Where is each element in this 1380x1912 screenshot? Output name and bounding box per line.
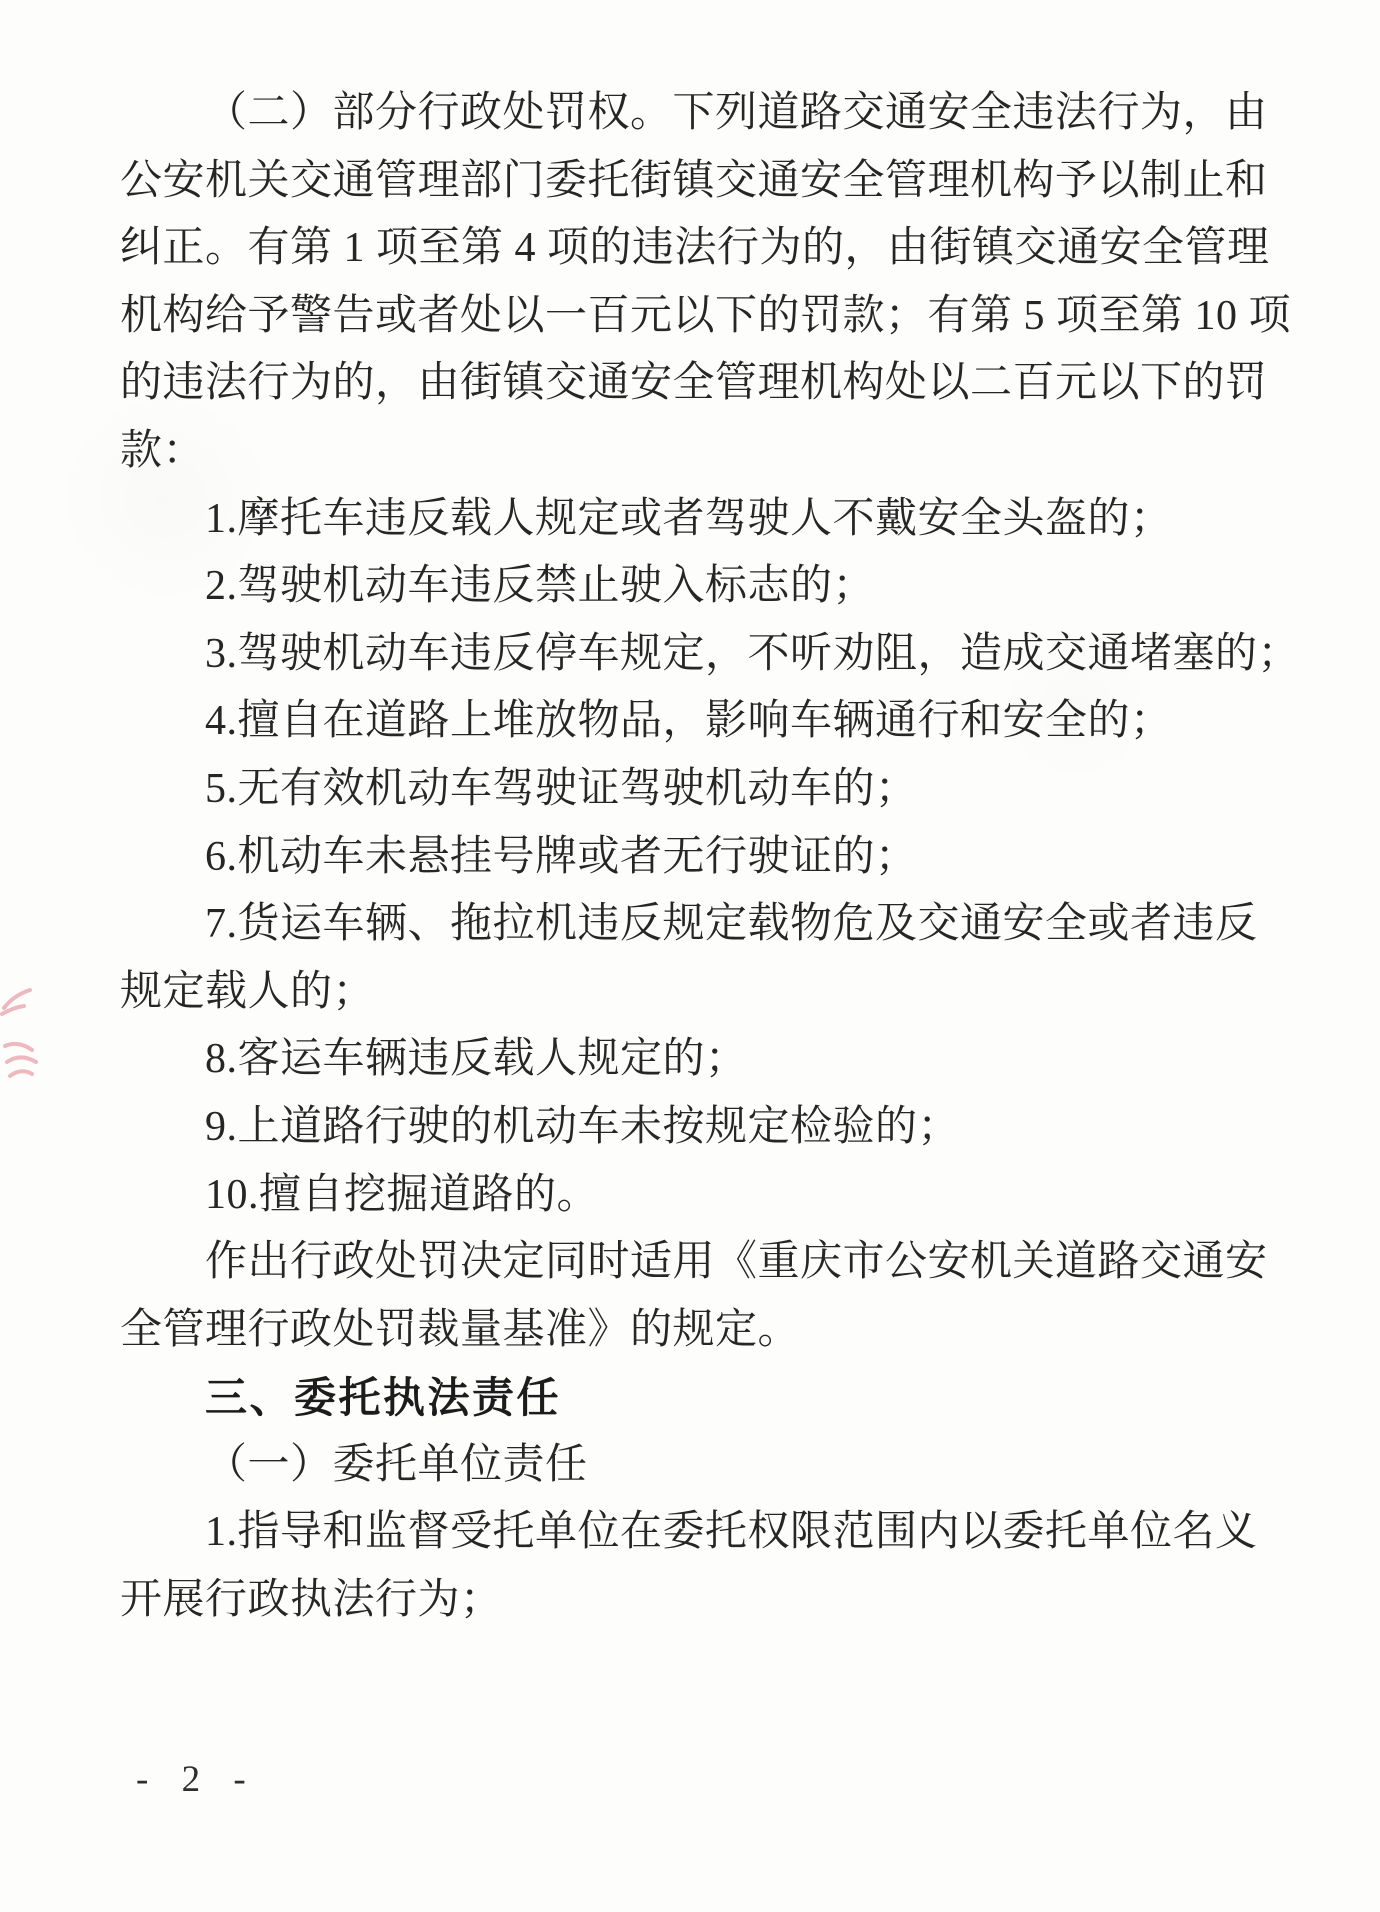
document-text-block: （二）部分行政处罚权。下列道路交通安全违法行为，由公安机关交通管理部门委托街镇交… <box>120 80 1272 1635</box>
text-line: 2.驾驶机动车违反禁止驶入标志的； <box>120 553 1272 621</box>
text-line: 5.无有效机动车驾驶证驾驶机动车的； <box>120 756 1272 824</box>
text-line: 的违法行为的，由街镇交通安全管理机构处以二百元以下的罚 <box>120 350 1272 418</box>
text-line: （二）部分行政处罚权。下列道路交通安全违法行为，由 <box>120 80 1272 148</box>
text-line: 规定载人的； <box>120 959 1272 1027</box>
text-line: 3.驾驶机动车违反停车规定，不听劝阻，造成交通堵塞的； <box>120 621 1272 689</box>
section-heading: 三、委托执法责任 <box>120 1364 1272 1432</box>
text-line: （一）委托单位责任 <box>120 1432 1272 1500</box>
text-line: 4.擅自在道路上堆放物品，影响车辆通行和安全的； <box>120 688 1272 756</box>
text-line: 1.摩托车违反载人规定或者驾驶人不戴安全头盔的； <box>120 486 1272 554</box>
page-number: - 2 - <box>136 1758 258 1801</box>
red-ink-mark <box>2 1032 54 1084</box>
text-line: 公安机关交通管理部门委托街镇交通安全管理机构予以制止和 <box>120 148 1272 216</box>
text-line: 开展行政执法行为； <box>120 1567 1272 1635</box>
text-line: 全管理行政处罚裁量基准》的规定。 <box>120 1297 1272 1365</box>
text-line: 款： <box>120 418 1272 486</box>
red-ink-mark <box>0 980 48 1020</box>
text-line: 作出行政处罚决定同时适用《重庆市公安机关道路交通安 <box>120 1229 1272 1297</box>
text-line: 10.擅自挖掘道路的。 <box>120 1162 1272 1230</box>
text-line: 机构给予警告或者处以一百元以下的罚款；有第 5 项至第 10 项 <box>120 283 1272 351</box>
text-line: 纠正。有第 1 项至第 4 项的违法行为的，由街镇交通安全管理 <box>120 215 1272 283</box>
text-line: 1.指导和监督受托单位在委托权限范围内以委托单位名义 <box>120 1499 1272 1567</box>
text-line: 7.货运车辆、拖拉机违反规定载物危及交通安全或者违反 <box>120 891 1272 959</box>
text-line: 6.机动车未悬挂号牌或者无行驶证的； <box>120 824 1272 892</box>
document-page: （二）部分行政处罚权。下列道路交通安全违法行为，由公安机关交通管理部门委托街镇交… <box>0 0 1380 1912</box>
text-line: 9.上道路行驶的机动车未按规定检验的； <box>120 1094 1272 1162</box>
text-line: 8.客运车辆违反载人规定的； <box>120 1026 1272 1094</box>
